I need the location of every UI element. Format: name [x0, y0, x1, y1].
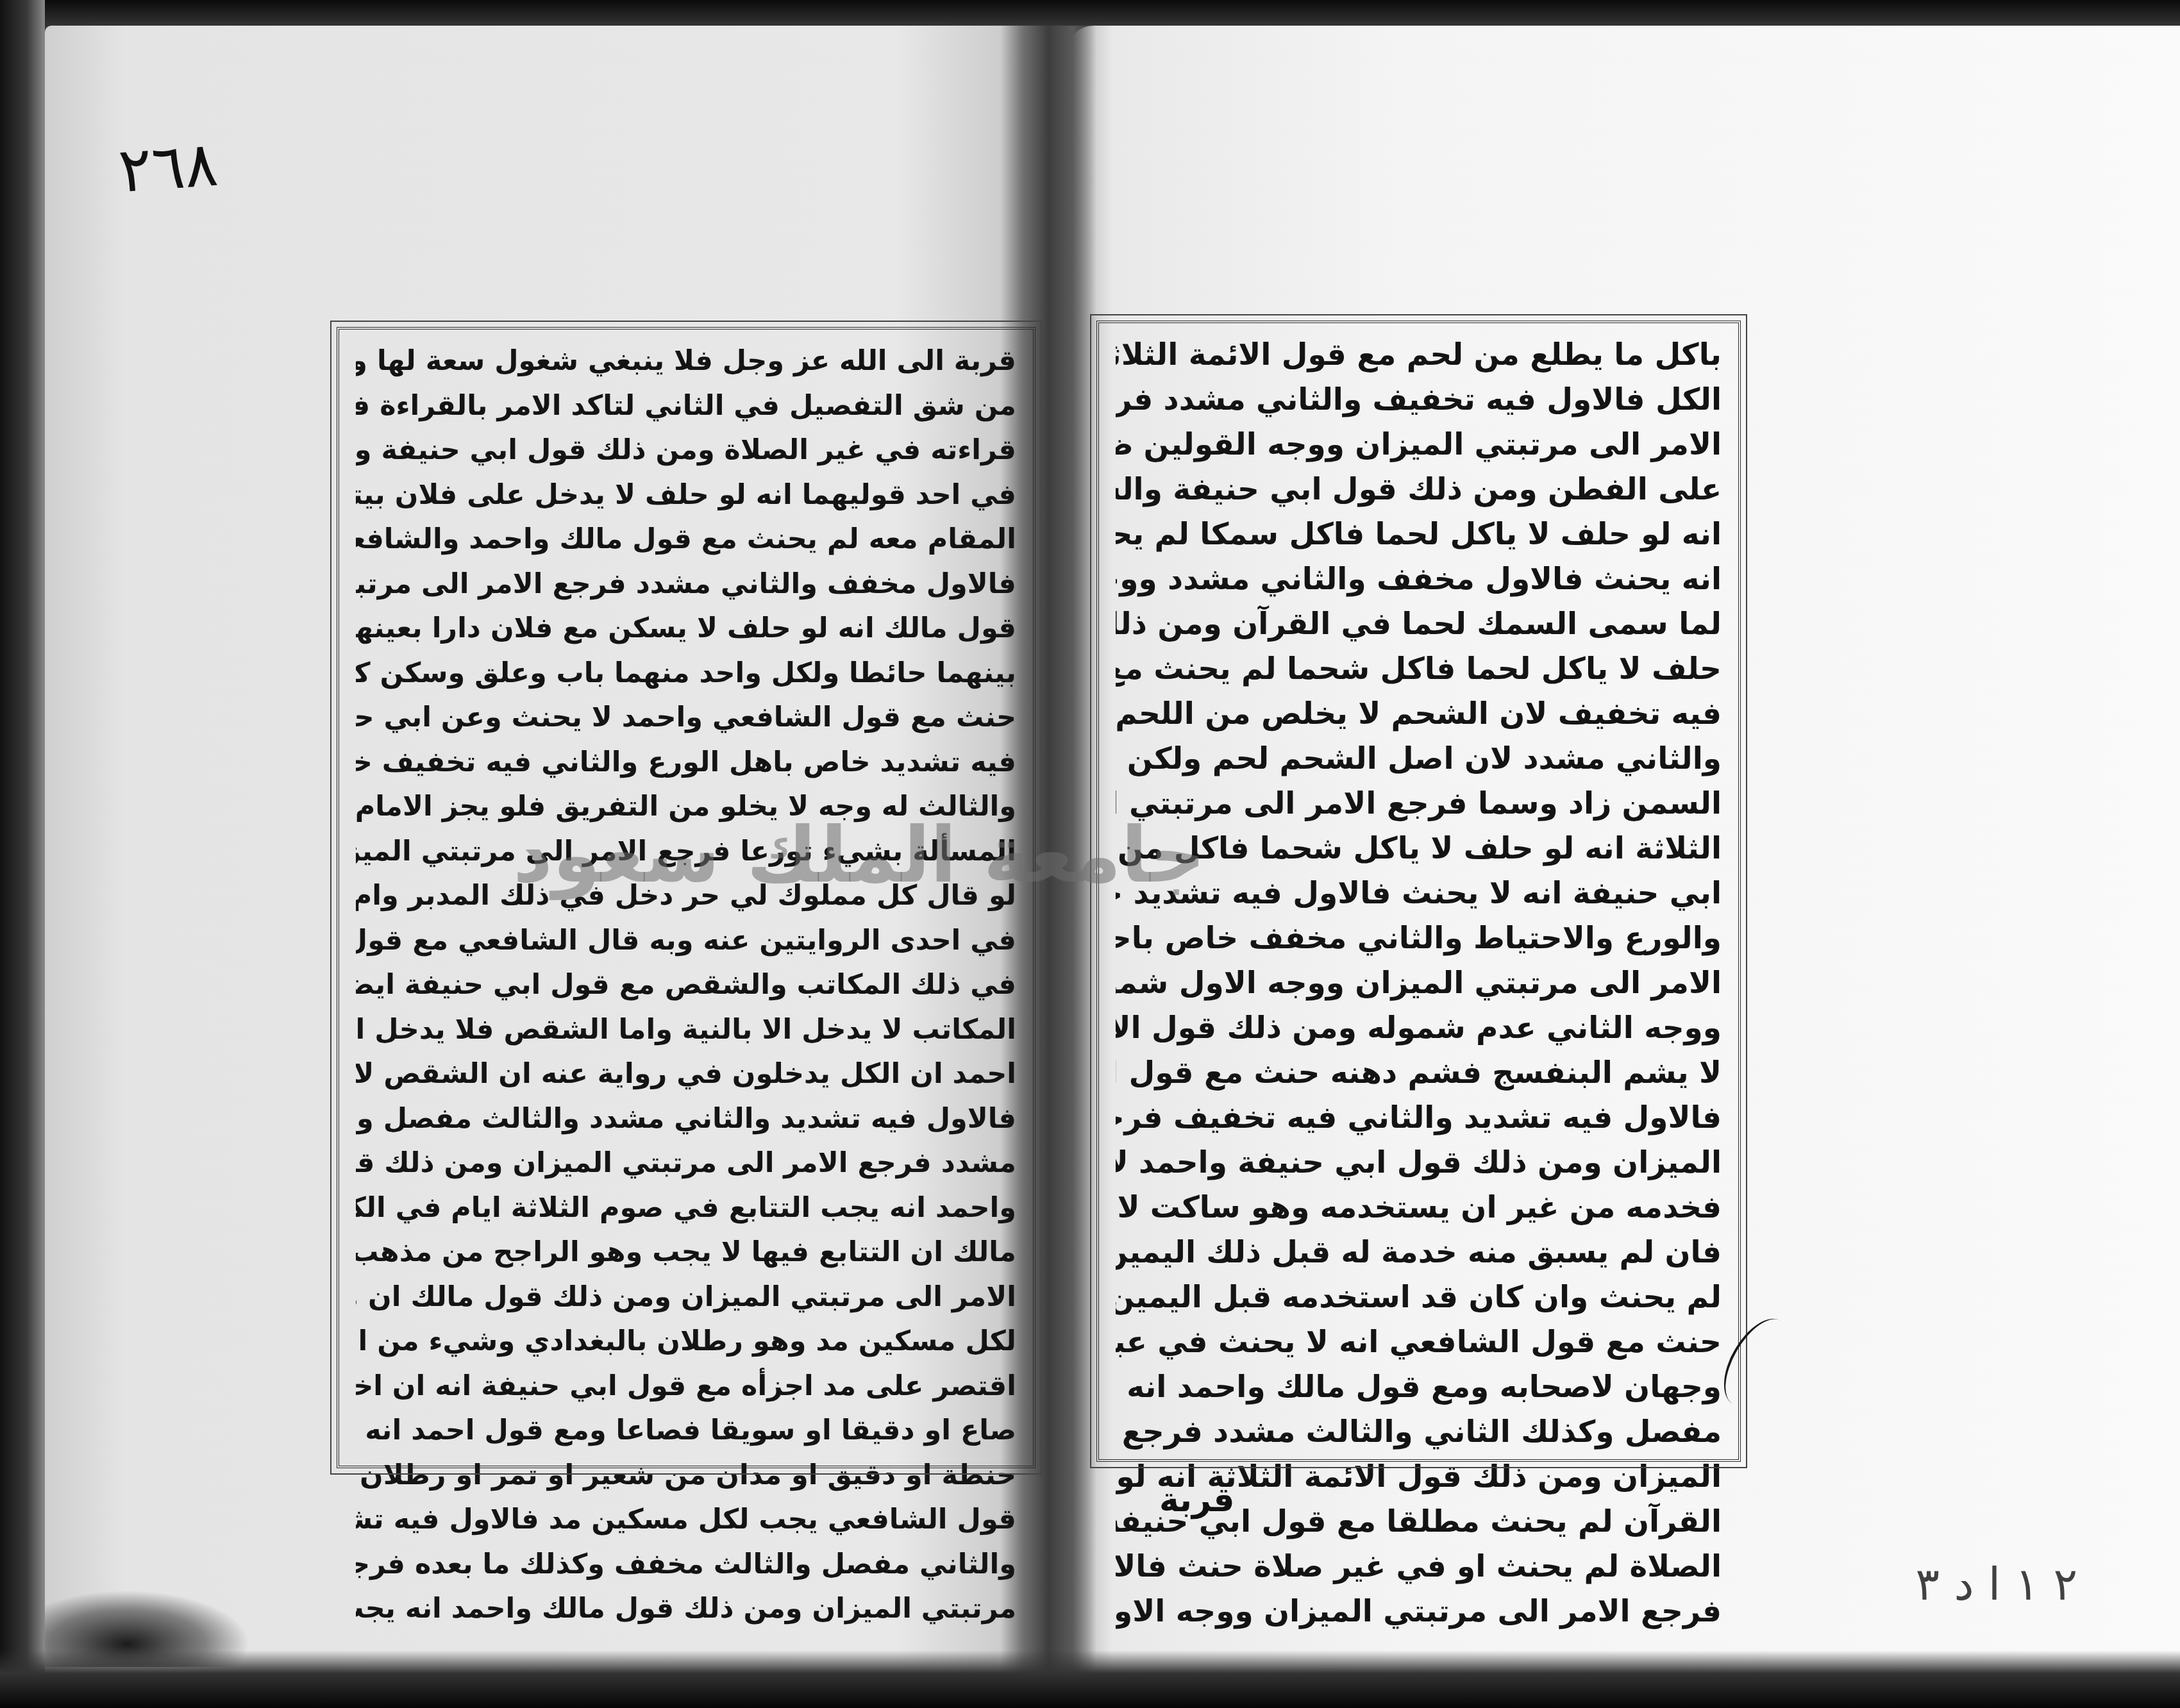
manuscript-line: والثالث له وجه لا يخلو من التفريق فلو يج… [356, 784, 1016, 829]
manuscript-line: باكل ما يطلع من لحم مع قول الائمة الثلاث… [1116, 332, 1722, 377]
manuscript-line: لو قال كل مملوك لي حر دخل في ذلك المدبر … [356, 873, 1016, 918]
manuscript-line: بينهما حائطا ولكل واحد منهما باب وعلق وس… [356, 651, 1016, 696]
binding-left-edge [0, 0, 45, 1708]
manuscript-line: لا يشم البنفسج فشم دهنه حنث مع قول الشاف… [1116, 1050, 1722, 1095]
manuscript-line: مرتبتي الميزان ومن ذلك قول مالك واحمد ان… [356, 1586, 1016, 1631]
manuscript-line: في احدى الروايتين عنه وبه قال الشافعي مع… [356, 918, 1016, 963]
manuscript-line: على الفطن ومن ذلك قول ابي حنيفة والشافعي [1116, 467, 1722, 512]
manuscript-line: فيه تشديد خاص باهل الورع والثاني فيه تخف… [356, 740, 1016, 785]
bottom-edge-shadow [0, 1650, 2180, 1708]
manuscript-line: الامر الى مرتبتي الميزان ووجه القولين ظا… [1116, 422, 1722, 467]
manuscript-line: حنطة او دقيق او مدان من شعير او تمر او ر… [356, 1453, 1016, 1498]
right-page-text-block: باكل ما يطلع من لحم مع قول الائمة الثلاث… [1096, 321, 1741, 1462]
catchword: قربة [1159, 1481, 1234, 1520]
manuscript-line: الميزان ومن ذلك قول ابي حنيفة واحمد لا ي… [1116, 1140, 1722, 1185]
manuscript-line: صاع او دقيقا او سويقا فصاعا ومع قول احمد… [356, 1408, 1016, 1453]
bleed-through-marks: ٢ ١ ا د ٣ [1616, 1558, 2077, 1661]
manuscript-line: ووجه الثاني عدم شموله ومن ذلك قول الائمة… [1116, 1005, 1722, 1050]
manuscript-line: في احد قوليهما انه لو حلف لا يدخل على فل… [356, 473, 1016, 517]
manuscript-line: مشدد فرجع الامر الى مرتبتي الميزان ومن ذ… [356, 1141, 1016, 1185]
manuscript-line: حلف لا ياكل لحما فاكل شحما لم يحنث مع قو… [1116, 646, 1722, 691]
manuscript-line: المسألة بشيء تورعا فرجع الامر الى مرتبتي… [356, 829, 1016, 874]
manuscript-line: والورع والاحتياط والثاني مخفف خاص باحاد … [1116, 916, 1722, 960]
manuscript-line: الثلاثة انه لو حلف لا ياكل شحما فاكل من … [1116, 826, 1722, 871]
manuscript-line: قول الشافعي يجب لكل مسكين مد فالاول فيه … [356, 1497, 1016, 1542]
manuscript-line: الامر الى مرتبتي الميزان ووجه الاول شمول… [1116, 960, 1722, 1005]
manuscript-line: فالاول فيه تشديد والثاني مشدد والثالث مف… [356, 1096, 1016, 1141]
manuscript-line: قربة الى الله عز وجل فلا ينبغي شغول سعة … [356, 339, 1016, 383]
manuscript-line: فالاول مخفف والثاني مشدد فرجع الامر الى … [356, 562, 1016, 607]
manuscript-line: لما سمى السمك لحما في القرآن ومن ذلك قول… [1116, 601, 1722, 646]
manuscript-line: والثاني مشدد لان اصل الشحم لحم ولكن لما … [1116, 736, 1722, 781]
manuscript-line: فالاول فيه تشديد والثاني فيه تخفيف فرجع … [1116, 1095, 1722, 1140]
manuscript-line: حنث مع قول الشافعي انه لا يحنث في عبد غي… [1116, 1319, 1722, 1364]
manuscript-line: ابي حنيفة انه لا يحنث فالاول فيه تشديد خ… [1116, 871, 1722, 916]
manuscript-line: والثاني مفصل والثالث مخفف وكذلك ما بعده … [356, 1542, 1016, 1587]
manuscript-line: الكل فالاول فيه تخفيف والثاني مشدد فرجع [1116, 377, 1722, 422]
manuscript-line: لكل مسكين مد وهو رطلان بالبغدادي وشيء من… [356, 1319, 1016, 1364]
manuscript-line: فيه تخفيف لان الشحم لا يخلص من اللحم بل … [1116, 691, 1722, 736]
manuscript-line: مالك ان التتابع فيها لا يجب وهو الراجح م… [356, 1230, 1016, 1275]
manuscript-line: واحمد انه يجب التتابع في صوم الثلاثة ايا… [356, 1185, 1016, 1230]
manuscript-line: في ذلك المكاتب والشقص مع قول ابي حنيفة ا… [356, 962, 1016, 1007]
manuscript-line: وجهان لاصحابه ومع قول مالك واحمد انه يحن… [1116, 1364, 1722, 1409]
manuscript-line: اقتصر على مد اجزأه مع قول ابي حنيفة انه … [356, 1364, 1016, 1409]
manuscript-line: احمد ان الكل يدخلون في رواية عنه ان الشق… [356, 1051, 1016, 1096]
manuscript-line: فخدمه من غير ان يستخدمه وهو ساكت لا ينها… [1116, 1185, 1722, 1230]
manuscript-line: المقام معه لم يحنث مع قول مالك واحمد وال… [356, 517, 1016, 562]
manuscript-line: مفصل وكذلك الثاني والثالث مشدد فرجع الام… [1116, 1409, 1722, 1454]
manuscript-line: لم يحنث وان كان قد استخدمه قبل اليمين وب… [1116, 1275, 1722, 1319]
manuscript-line: فان لم يسبق منه خدمة له قبل ذلك اليمين ف… [1116, 1230, 1722, 1275]
manuscript-line: الامر الى مرتبتي الميزان ومن ذلك قول مال… [356, 1275, 1016, 1319]
manuscript-line: المكاتب لا يدخل الا بالنية واما الشقص فل… [356, 1007, 1016, 1052]
manuscript-line: من شق التفصيل في الثاني لتاكد الامر بالق… [356, 383, 1016, 428]
manuscript-line: حنث مع قول الشافعي واحمد لا يحنث وعن ابي… [356, 695, 1016, 740]
manuscript-line: انه يحنث فالاول مخفف والثاني مشدد ووجه ا… [1116, 557, 1722, 601]
manuscript-line: السمن زاد وسما فرجع الامر الى مرتبتي الم… [1116, 781, 1722, 826]
folio-number: ٢٦٨ [116, 128, 220, 207]
manuscript-line: انه لو حلف لا ياكل لحما فاكل سمكا لم يحن… [1116, 512, 1722, 557]
manuscript-scan: ٢٦٨ قربة الى الله عز وجل فلا ينبغي شغول … [0, 0, 2180, 1708]
manuscript-line: قول مالك انه لو حلف لا يسكن مع فلان دارا… [356, 606, 1016, 651]
left-page-text-block: قربة الى الله عز وجل فلا ينبغي شغول سعة … [337, 327, 1035, 1468]
manuscript-line: قراءته في غير الصلاة ومن ذلك قول ابي حني… [356, 428, 1016, 473]
